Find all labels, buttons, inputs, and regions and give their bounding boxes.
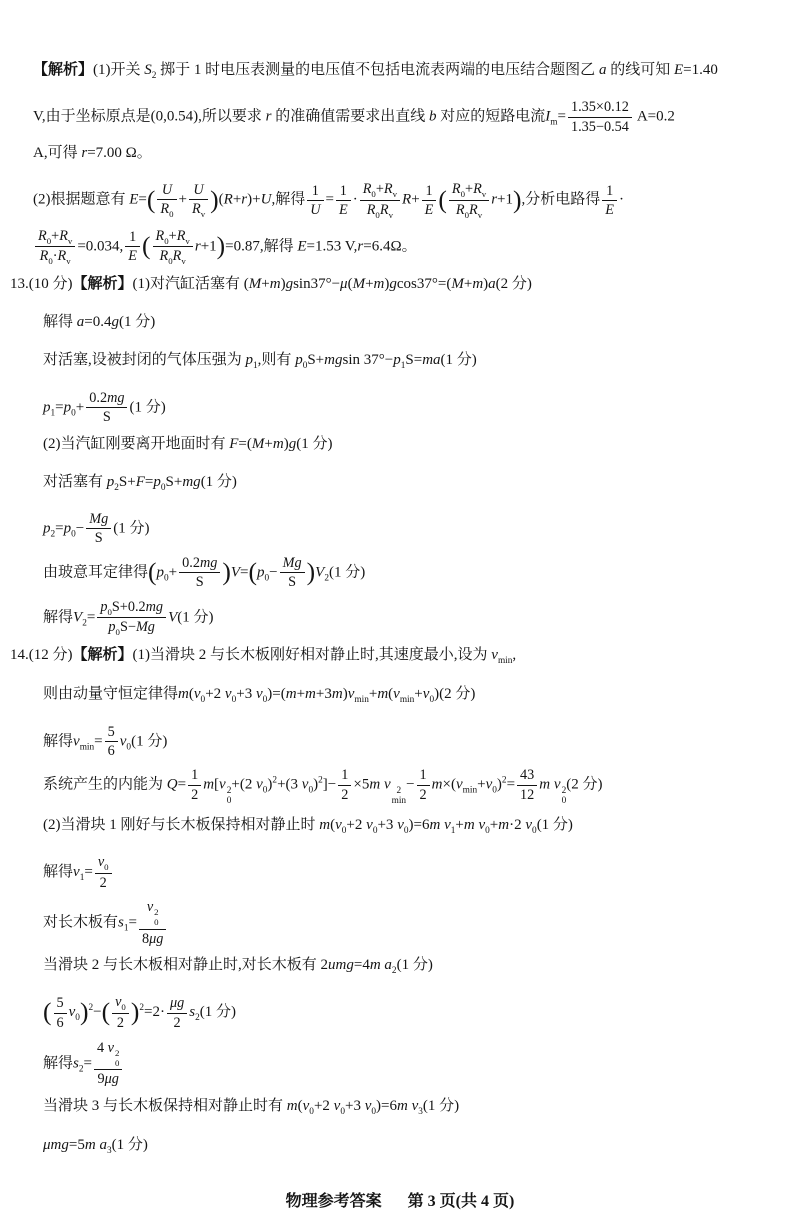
answer-sheet-page: 【解析】(1)开关 S2 掷于 1 时电压表测量的电压值不包括电流表两端的电压结… [0,0,800,1225]
text-line: 解得 a=0.4g(1 分) [0,312,800,332]
text-line: 对活塞,设被封闭的气体压强为 p1,则有 p0S+mgsin 37°−p1S=m… [0,350,800,371]
page-footer: 物理参考答案第 3 页(共 4 页) [0,1188,800,1225]
text-line: 当滑块 2 与长木板相对静止时,对长木板有 2umg=4m a2(1 分) [0,955,800,976]
text-line: 由玻意耳定律得(p0+0.2mgS)V=(p0−MgS)V2(1 分) [0,555,800,591]
text-line: 解得v1=v02 [0,854,800,891]
text-line: (2)根据题意有 E=(UR0+URv)(R+r)+U,解得1U=1E·R0+R… [0,181,800,219]
text-line: V,由于坐标原点是(0,0.54),所以要求 r 的准确值需要求出直线 b 对应… [0,99,800,135]
text-line: 【解析】(1)开关 S2 掷于 1 时电压表测量的电压值不包括电流表两端的电压结… [0,60,800,81]
text-line: 则由动量守恒定律得m(v0+2 v0+3 v0)=(m+m+3m)vmin+m(… [0,684,800,705]
text-line: 解得vmin=56v0(1 分) [0,724,800,760]
footer-page-number: 第 3 页(共 4 页) [408,1193,515,1210]
text-line: 当滑块 3 与长木板保持相对静止时有 m(v0+2 v0+3 v0)=6m v3… [0,1096,800,1117]
text-line: 解得V2=p0S+0.2mgp0S−MgV(1 分) [0,599,800,637]
text-line: 14.(12 分)【解析】(1)当滑块 2 与长木板刚好相对静止时,其速度最小,… [0,645,800,666]
text-line: p2=p0−MgS(1 分) [0,511,800,547]
text-line: 对活塞有 p2S+F=p0S+mg(1 分) [0,472,800,493]
text-line: 对长木板有s1=v208μg [0,899,800,947]
document-lines: 【解析】(1)开关 S2 掷于 1 时电压表测量的电压值不包括电流表两端的电压结… [0,60,800,1188]
text-line: 系统产生的内能为 Q=12m[v20+(2 v0)2+(3 v0)2]−12×5… [0,767,800,806]
footer-title: 物理参考答案 [286,1193,382,1210]
text-line: A,可得 r=7.00 Ω。 [0,143,800,163]
text-line: 解得s2=4 v209μg [0,1040,800,1088]
text-line: (2)当滑块 1 刚好与长木板保持相对静止时 m(v0+2 v0+3 v0)=6… [0,815,800,836]
text-line: 13.(10 分)【解析】(1)对汽缸活塞有 (M+m)gsin37°−μ(M+… [0,274,800,294]
text-line: (56v0)2−(v02)2=2·μg2s2(1 分) [0,994,800,1031]
text-line: R0+RvR0·Rv=0.034,1E(R0+RvR0Rvr+1)=0.87,解… [0,228,800,266]
text-line: (2)当汽缸刚要离开地面时有 F=(M+m)g(1 分) [0,434,800,454]
text-line: p1=p0+0.2mgS(1 分) [0,390,800,426]
text-line: μmg=5m a3(1 分) [0,1135,800,1156]
